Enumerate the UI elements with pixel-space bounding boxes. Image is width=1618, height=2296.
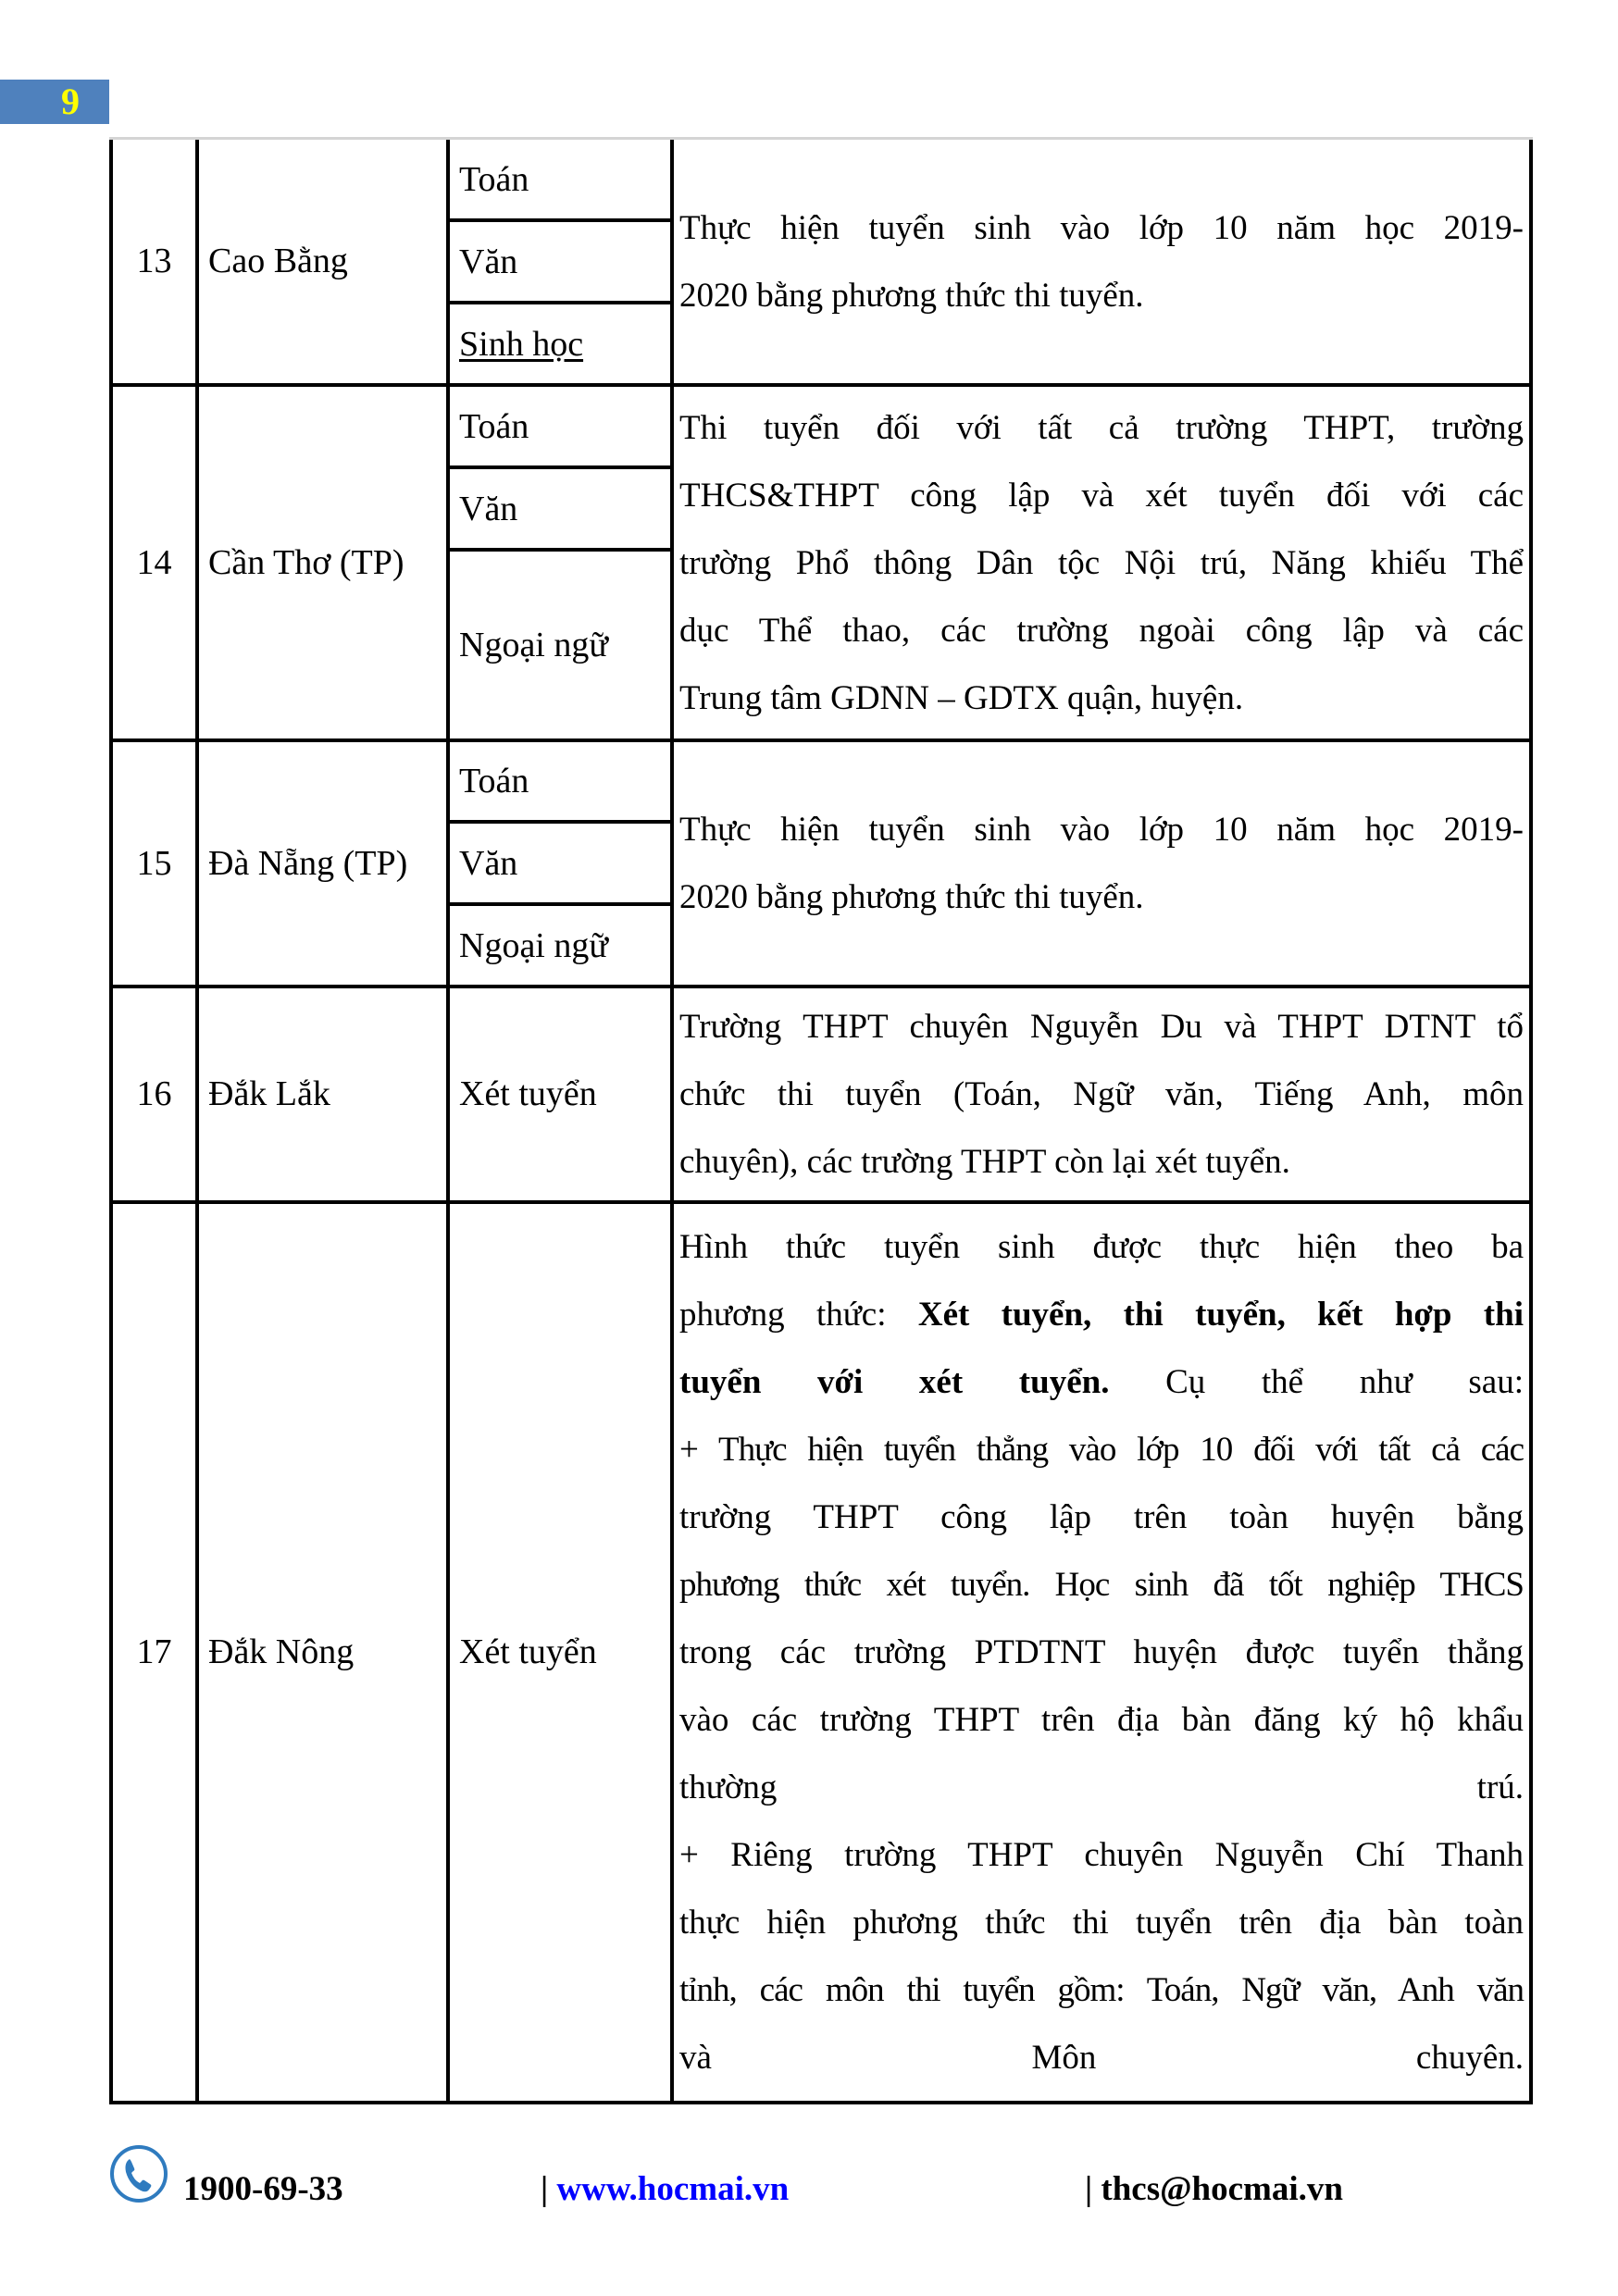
website-link[interactable]: www.hocmai.vn <box>556 2170 789 2208</box>
description: Thi tuyển đối với tất cả trường THPT, tr… <box>674 387 1529 738</box>
email-address[interactable]: thcs@hocmai.vn <box>1101 2170 1343 2208</box>
description-line: dục Thể thao, các trường ngoài công lập … <box>679 597 1524 664</box>
separator: | <box>541 2170 548 2208</box>
admission-method: Xét tuyển <box>450 988 670 1200</box>
description-line: phương thức xét tuyển. Học sinh đã tốt n… <box>679 1551 1524 1619</box>
phone-icon <box>109 2144 168 2203</box>
email: | thcs@hocmai.vn <box>1085 2171 1343 2208</box>
description-line: Trường THPT chuyên Nguyễn Du và THPT DTN… <box>679 993 1524 1061</box>
description-line: phương thức: Xét tuyển, thi tuyển, kết h… <box>679 1281 1524 1348</box>
description-line: Thực hiện tuyển sinh vào lớp 10 năm học … <box>679 796 1524 863</box>
description-line: + Thực hiện tuyển thẳng vào lớp 10 đối v… <box>679 1416 1524 1483</box>
province-name: Cần Thơ (TP) <box>199 387 446 738</box>
subject-item: Ngoại ngữ <box>450 906 670 985</box>
row-number: 17 <box>113 1204 195 2101</box>
subject-list: Toán Văn Sinh học <box>450 140 670 383</box>
table-row: 17 Đắk Nông Xét tuyển Hình thức tuyển si… <box>109 1204 1533 2104</box>
row-number: 13 <box>113 140 195 383</box>
table-row: 14 Cần Thơ (TP) Toán Văn Ngoại ngữ Thi t… <box>109 387 1533 742</box>
description-line: và Môn chuyên. <box>679 2024 1524 2091</box>
page-number-badge: 9 <box>0 80 109 124</box>
description: Thực hiện tuyển sinh vào lớp 10 năm học … <box>674 742 1529 985</box>
description-line: 2020 bằng phương thức thi tuyển. <box>679 262 1524 329</box>
subject-item: Ngoại ngữ <box>450 552 670 738</box>
row-number: 14 <box>113 387 195 738</box>
description-line: THCS&THPT công lập và xét tuyển đối với … <box>679 462 1524 529</box>
subject-item: Sinh học <box>459 327 583 362</box>
description-line: tuyển với xét tuyển. Cụ thể như sau: <box>679 1348 1524 1416</box>
description-line: vào các trường THPT trên địa bàn đăng ký… <box>679 1686 1524 1754</box>
subject-item-container: Sinh học <box>450 304 670 383</box>
separator: | <box>1085 2170 1092 2208</box>
description: Hình thức tuyển sinh được thực hiện theo… <box>674 1204 1529 2101</box>
description-line: chuyên), các trường THPT còn lại xét tuy… <box>679 1128 1524 1196</box>
subject-item: Văn <box>450 469 670 552</box>
subject-item: Toán <box>450 387 670 469</box>
subject-item: Toán <box>450 742 670 824</box>
province-name: Đắk Lắk <box>199 988 446 1200</box>
row-number: 15 <box>113 742 195 985</box>
description-line: tỉnh, các môn thi tuyển gồm: Toán, Ngữ v… <box>679 1956 1524 2024</box>
page-footer: 1900-69-33 | www.hocmai.vn | thcs@hocmai… <box>0 2138 1618 2212</box>
row-number: 16 <box>113 988 195 1200</box>
description-line: Thực hiện tuyển sinh vào lớp 10 năm học … <box>679 194 1524 262</box>
province-name: Đà Nẵng (TP) <box>199 742 446 985</box>
admission-method: Xét tuyển <box>450 1204 670 2101</box>
table-row: 16 Đắk Lắk Xét tuyển Trường THPT chuyên … <box>109 988 1533 1204</box>
province-name: Đắk Nông <box>199 1204 446 2101</box>
description: Trường THPT chuyên Nguyễn Du và THPT DTN… <box>674 988 1529 1200</box>
subject-list: Toán Văn Ngoại ngữ <box>450 742 670 985</box>
description-line: thường trú. <box>679 1754 1524 1821</box>
province-name: Cao Bằng <box>199 140 446 383</box>
website: | www.hocmai.vn <box>541 2171 789 2208</box>
subject-list: Toán Văn Ngoại ngữ <box>450 387 670 738</box>
description: Thực hiện tuyển sinh vào lớp 10 năm học … <box>674 140 1529 383</box>
phone-number: 1900-69-33 <box>183 2171 343 2208</box>
description-line: + Riêng trường THPT chuyên Nguyễn Chí Th… <box>679 1821 1524 1889</box>
description-line: trong các trường PTDTNT huyện được tuyển… <box>679 1619 1524 1686</box>
description-line: trường THPT công lập trên toàn huyện bằn… <box>679 1483 1524 1551</box>
subject-item: Văn <box>450 222 670 304</box>
subject-item: Toán <box>450 140 670 222</box>
page-number: 9 <box>61 81 80 122</box>
description-line: Hình thức tuyển sinh được thực hiện theo… <box>679 1213 1524 1281</box>
table-row: 13 Cao Bằng Toán Văn Sinh học Thực hiện … <box>109 140 1533 387</box>
description-line: chức thi tuyển (Toán, Ngữ văn, Tiếng Anh… <box>679 1061 1524 1128</box>
description-line: 2020 bằng phương thức thi tuyển. <box>679 863 1524 931</box>
description-line: trường Phổ thông Dân tộc Nội trú, Năng k… <box>679 529 1524 597</box>
description-line: thực hiện phương thức thi tuyển trên địa… <box>679 1889 1524 1956</box>
description-line: Trung tâm GDNN – GDTX quận, huyện. <box>679 664 1524 732</box>
description-line: Thi tuyển đối với tất cả trường THPT, tr… <box>679 394 1524 462</box>
subject-item: Văn <box>450 824 670 906</box>
table-row: 15 Đà Nẵng (TP) Toán Văn Ngoại ngữ Thực … <box>109 742 1533 988</box>
